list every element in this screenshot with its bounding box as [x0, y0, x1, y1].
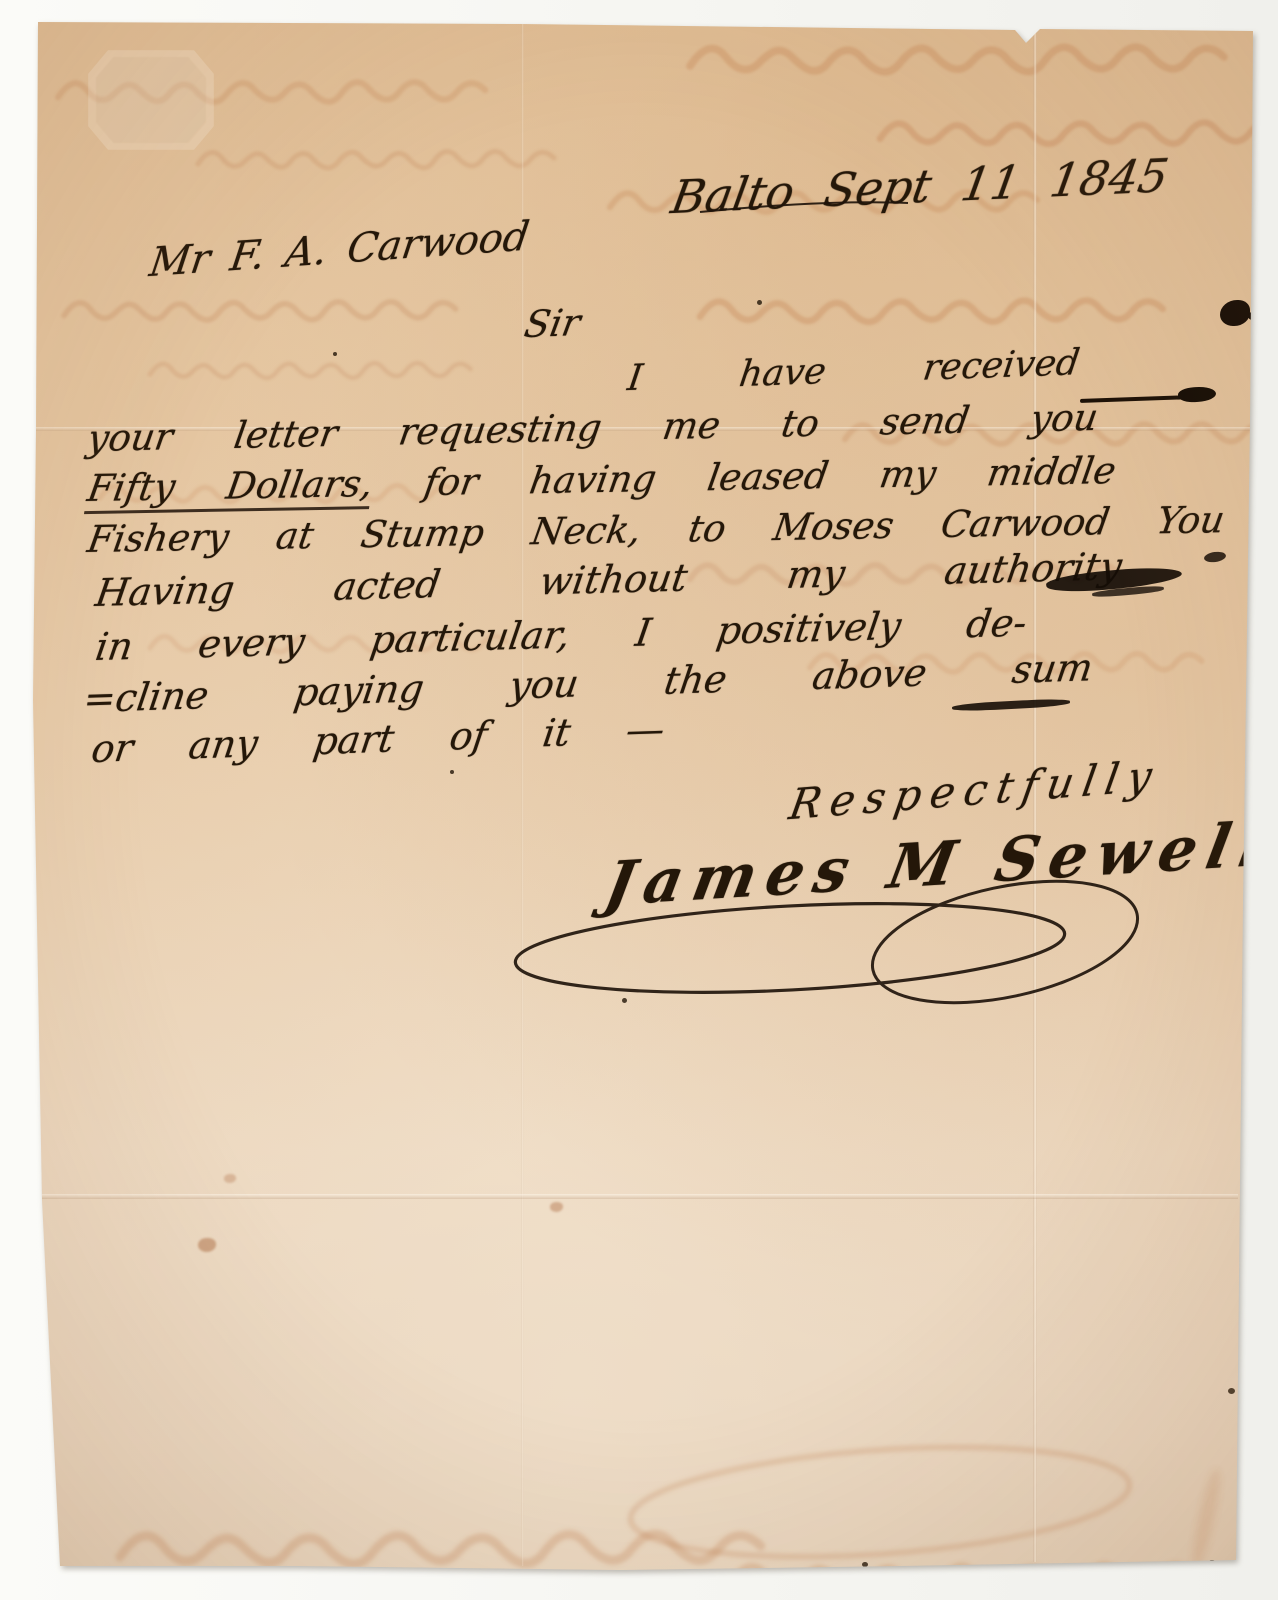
paper-edge-vignette — [0, 0, 1278, 1600]
letter-paper-shadow: Balto Sept 11 1845 Mr F. A. Carwood Sir … — [0, 0, 1278, 1600]
scan-background: { "colors": { "scan_background": "#f6f6f… — [0, 0, 1278, 1600]
letter-paper: Balto Sept 11 1845 Mr F. A. Carwood Sir … — [0, 0, 1278, 1600]
ink-speck — [1208, 1560, 1216, 1565]
